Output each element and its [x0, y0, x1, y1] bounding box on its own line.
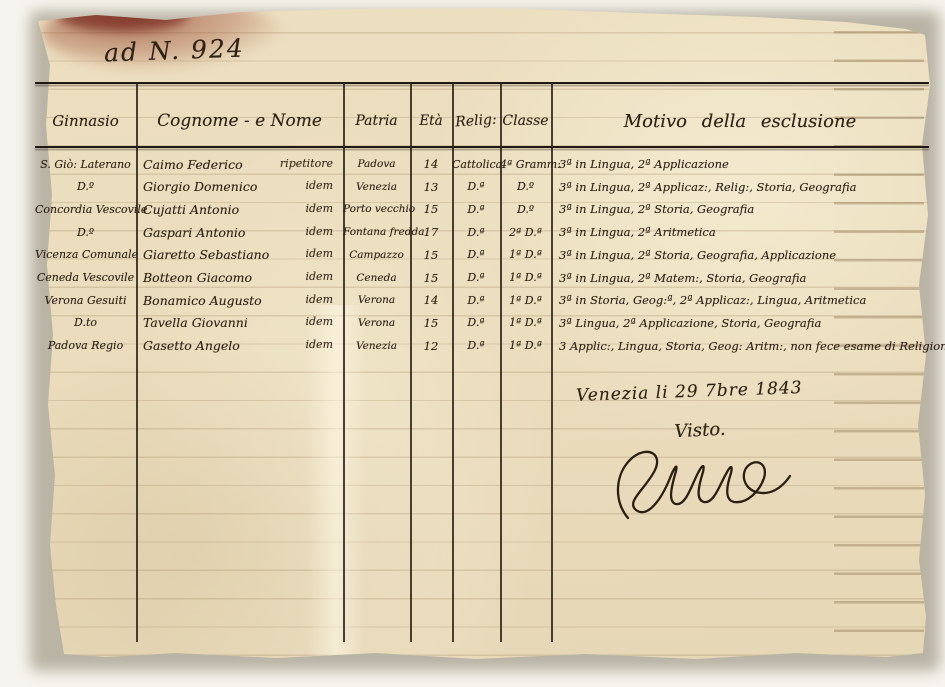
cell-cognome: Cujatti Antonioidem	[136, 202, 343, 217]
header-ginnasio: Ginnasio	[35, 96, 136, 146]
cell-ginnasio: D.º	[35, 226, 136, 239]
cell-cognome: Gaspari Antonioidem	[136, 225, 343, 240]
cell-motivo: 3 Applic:, Lingua, Storia, Geog: Aritm:,…	[551, 339, 929, 353]
table-row: S. Giò: LateranoCaimo Federicoripetitore…	[35, 153, 929, 175]
cell-eta: 14	[410, 157, 452, 171]
cell-cognome: Caimo Federicoripetitore	[136, 157, 343, 172]
header-relig: Relig:	[450, 94, 501, 147]
cell-ginnasio: Vicenza Comunale	[35, 248, 136, 261]
header-cognome: Cognome - e Nome	[136, 96, 343, 146]
cell-ginnasio: Concordia Vescovile	[35, 203, 136, 216]
table-row: D.ºGiorgio DomenicoidemVenezia13D.ªD.º3ª…	[35, 176, 929, 198]
cell-ginnasio: S. Giò: Laterano	[35, 158, 136, 171]
table-row: D.ºGaspari AntonioidemFontana fredda17D.…	[35, 221, 929, 243]
cell-ginnasio: Padova Regio	[35, 339, 136, 352]
cell-relig: Cattolica	[452, 158, 500, 171]
cell-relig: D.ª	[452, 294, 500, 307]
cell-relig: D.ª	[452, 203, 500, 216]
repeat-annotation: idem	[306, 293, 334, 308]
cell-eta: 15	[410, 316, 452, 330]
cell-cognome: Gasetto Angeloidem	[136, 338, 343, 353]
cell-relig: D.ª	[452, 248, 500, 261]
student-name: Cujatti Antonio	[143, 202, 239, 217]
cell-patria: Campazzo	[343, 249, 410, 261]
scanned-document: ad N. 924 Ginnasio Cognome - e Nome Patr…	[0, 0, 945, 687]
table-row: Verona GesuitiBonamico AugustoidemVerona…	[35, 289, 929, 311]
student-name: Caimo Federico	[143, 157, 243, 172]
cell-classe: 1ª D.ª	[500, 294, 551, 307]
cell-motivo: 3ª in Lingua, 2ª Applicaz:, Relig:, Stor…	[551, 180, 929, 194]
repeat-annotation: idem	[306, 202, 334, 217]
student-name: Gasetto Angelo	[143, 338, 240, 353]
cell-eta: 17	[410, 225, 452, 239]
header-bottom-rule	[35, 146, 929, 148]
cell-ginnasio: Verona Gesuiti	[35, 294, 136, 307]
cell-relig: D.ª	[452, 316, 500, 329]
header-patria: Patria	[343, 96, 410, 146]
cell-motivo: 3ª Lingua, 2ª Applicazione, Storia, Geog…	[551, 316, 929, 330]
signature-flourish	[606, 440, 806, 530]
cell-eta: 15	[410, 202, 452, 216]
cell-relig: D.ª	[452, 226, 500, 239]
cell-classe: 1ª D.ª	[500, 248, 551, 261]
cell-classe: 1ª D.ª	[500, 339, 551, 352]
cell-cognome: Tavella Giovanniidem	[136, 315, 343, 330]
cell-ginnasio: Ceneda Vescovile	[35, 271, 136, 284]
student-name: Tavella Giovanni	[143, 315, 248, 330]
cell-classe: 2ª D.ª	[500, 226, 551, 239]
cell-classe: 1ª D.ª	[500, 316, 551, 329]
table-row: D.toTavella GiovanniidemVerona15D.ª1ª D.…	[35, 312, 929, 334]
header-motivo: Motivo della esclusione	[551, 96, 929, 146]
cell-ginnasio: D.to	[35, 316, 136, 329]
table-rows: S. Giò: LateranoCaimo Federicoripetitore…	[35, 152, 929, 364]
cell-patria: Padova	[343, 158, 410, 170]
table-row: Vicenza ComunaleGiaretto SebastianoidemC…	[35, 244, 929, 266]
cell-relig: D.ª	[452, 339, 500, 352]
repeat-annotation: idem	[306, 179, 334, 194]
cell-patria: Ceneda	[343, 272, 410, 284]
place-date-line: Venezia li 29 7bre 1843	[576, 376, 857, 406]
student-name: Giaretto Sebastiano	[143, 247, 269, 262]
cell-eta: 12	[410, 339, 452, 353]
cell-eta: 15	[410, 271, 452, 285]
repeat-annotation: idem	[306, 315, 334, 330]
repeat-annotation: ripetitore	[280, 157, 333, 172]
student-name: Giorgio Domenico	[143, 179, 257, 194]
cell-patria: Porto vecchio	[343, 203, 410, 215]
cell-cognome: Bonamico Augustoidem	[136, 293, 343, 308]
cell-ginnasio: D.º	[35, 180, 136, 193]
student-name: Bonamico Augusto	[143, 293, 262, 308]
repeat-annotation: idem	[306, 270, 334, 285]
cell-patria: Verona	[343, 294, 410, 306]
cell-patria: Verona	[343, 317, 410, 329]
table-top-rule	[35, 82, 929, 84]
cell-eta: 15	[410, 248, 452, 262]
cell-classe: 4ª Gramm:	[500, 158, 551, 171]
cell-cognome: Giaretto Sebastianoidem	[136, 247, 343, 262]
cell-motivo: 3ª in Lingua, 2ª Aritmetica	[551, 225, 929, 239]
cell-relig: D.ª	[452, 180, 500, 193]
table-row: Padova RegioGasetto AngeloidemVenezia12D…	[35, 335, 929, 357]
repeat-annotation: idem	[306, 247, 334, 262]
table-row: Ceneda VescovileBotteon GiacomoidemCened…	[35, 267, 929, 289]
cell-patria: Venezia	[343, 181, 410, 193]
cell-motivo: 3ª in Lingua, 2ª Storia, Geografia, Appl…	[551, 248, 929, 262]
cell-motivo: 3ª in Lingua, 2ª Applicazione	[551, 157, 929, 171]
document-content: ad N. 924 Ginnasio Cognome - e Nome Patr…	[0, 0, 945, 687]
cell-patria: Fontana fredda	[343, 226, 410, 238]
student-name: Botteon Giacomo	[143, 270, 252, 285]
cell-classe: D.º	[500, 180, 551, 193]
cell-classe: 1ª D.ª	[500, 271, 551, 284]
cell-classe: D.º	[500, 203, 551, 216]
cell-relig: D.ª	[452, 271, 500, 284]
header-eta: Età	[410, 96, 452, 146]
cell-patria: Venezia	[343, 340, 410, 352]
table-row: Concordia VescovileCujatti AntonioidemPo…	[35, 198, 929, 220]
cell-eta: 14	[410, 293, 452, 307]
cell-eta: 13	[410, 180, 452, 194]
header-classe: Classe	[500, 96, 551, 146]
cell-cognome: Botteon Giacomoidem	[136, 270, 343, 285]
cell-motivo: 3ª in Lingua, 2ª Matem:, Storia, Geograf…	[551, 271, 929, 285]
cell-cognome: Giorgio Domenicoidem	[136, 179, 343, 194]
student-name: Gaspari Antonio	[143, 225, 245, 240]
cell-motivo: 3ª in Storia, Geog:ª, 2ª Applicaz:, Ling…	[551, 293, 929, 307]
reference-number: ad N. 924	[104, 34, 246, 68]
repeat-annotation: idem	[306, 338, 334, 353]
repeat-annotation: idem	[306, 225, 334, 240]
cell-motivo: 3ª in Lingua, 2ª Storia, Geografia	[551, 202, 929, 216]
